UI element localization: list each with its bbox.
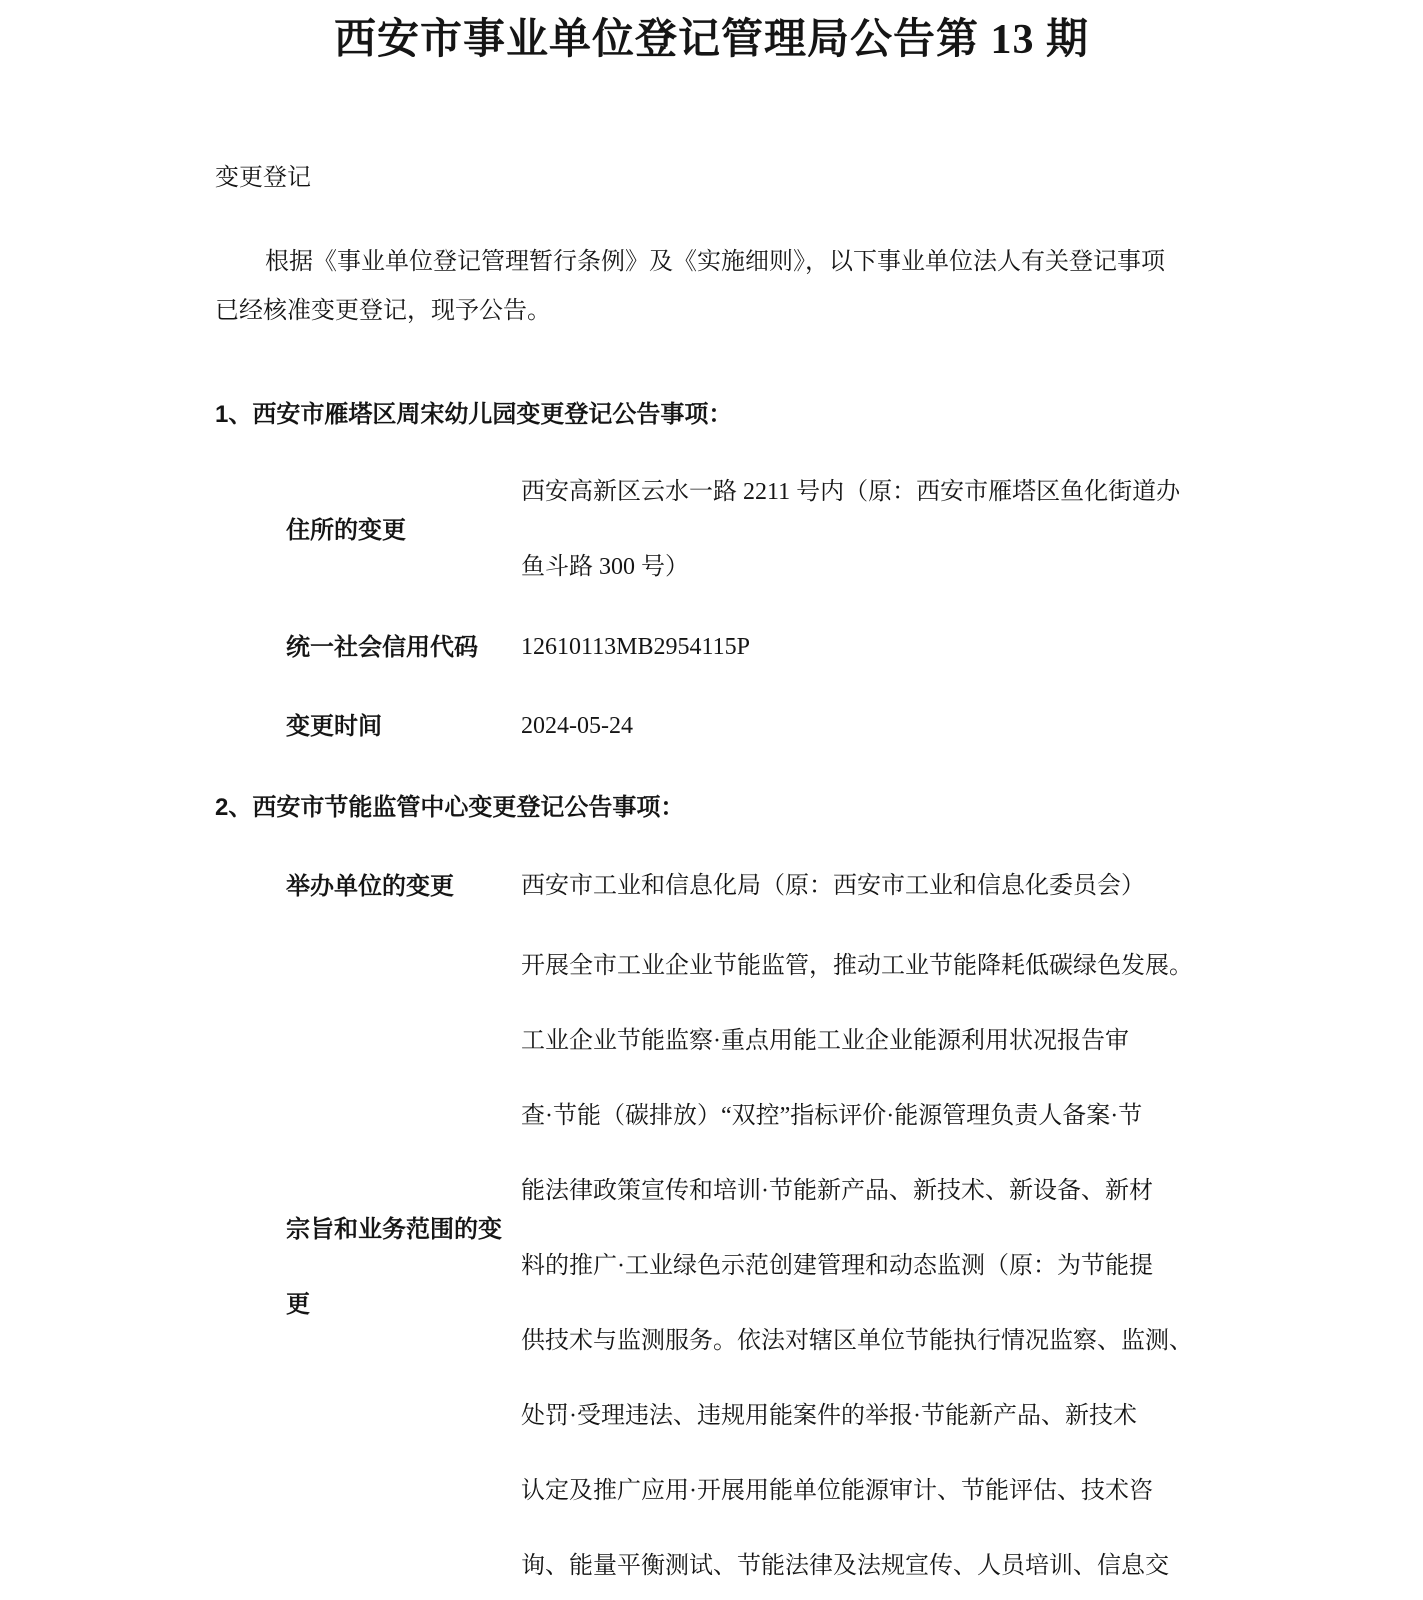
intro-paragraph: 根据《事业单位登记管理暂行条例》及《实施细则》，以下事业单位法人有关登记事项 已… — [215, 238, 1190, 336]
page-title: 西安市事业单位登记管理局公告第 13 期 — [0, 12, 1423, 68]
table-row-sponsor-change: 举办单位的变更 西安市工业和信息化局（原：西安市工业和信息化委员会） — [286, 849, 1186, 924]
row-label: 统一社会信用代码 — [286, 610, 521, 685]
row-value: 开展全市工业企业节能监管，推动工业节能降耗低碳绿色发展。 工业企业节能监察·重点… — [521, 929, 1193, 1600]
value-line: 询、能量平衡测试、节能法律及法规宣传、人员培训、信息交 — [521, 1529, 1193, 1600]
row-label: 宗旨和业务范围的变更 — [286, 1192, 521, 1342]
row-value: 12610113MB2954115P — [521, 610, 1186, 685]
value-line: 12610113MB2954115P — [521, 610, 1186, 685]
value-line: 西安高新区云水一路 2211 号内（原：西安市雁塔区鱼化街道办 — [521, 455, 1186, 530]
row-label: 变更时间 — [286, 689, 521, 764]
section-label: 变更登记 — [215, 163, 311, 193]
row-label: 举办单位的变更 — [286, 849, 521, 924]
intro-line-2: 已经核准变更登记，现予公告。 — [215, 287, 1190, 336]
row-value: 西安市工业和信息化局（原：西安市工业和信息化委员会） — [521, 849, 1186, 924]
value-line: 西安市工业和信息化局（原：西安市工业和信息化委员会） — [521, 849, 1186, 924]
table-row-change-date: 变更时间 2024-05-24 — [286, 689, 1186, 764]
value-line: 能法律政策宣传和培训·节能新产品、新技术、新设备、新材 — [521, 1154, 1193, 1229]
row-value: 2024-05-24 — [521, 689, 1186, 764]
row-value: 西安高新区云水一路 2211 号内（原：西安市雁塔区鱼化街道办 鱼斗路 300 … — [521, 455, 1186, 605]
value-line: 鱼斗路 300 号） — [521, 530, 1186, 605]
row-label: 住所的变更 — [286, 493, 521, 568]
table-row-credit-code: 统一社会信用代码 12610113MB2954115P — [286, 610, 1186, 685]
value-line: 开展全市工业企业节能监管，推动工业节能降耗低碳绿色发展。 — [521, 929, 1193, 1004]
entry-2-heading: 2、西安市节能监管中心变更登记公告事项： — [215, 794, 1215, 822]
value-line: 料的推广·工业绿色示范创建管理和动态监测（原：为节能提 — [521, 1229, 1193, 1304]
table-row-scope-change: 宗旨和业务范围的变更 开展全市工业企业节能监管，推动工业节能降耗低碳绿色发展。 … — [286, 929, 1186, 1600]
entry-1-heading: 1、西安市雁塔区周宋幼儿园变更登记公告事项： — [215, 401, 1215, 429]
document-page: 西安市事业单位登记管理局公告第 13 期 变更登记 根据《事业单位登记管理暂行条… — [0, 0, 1423, 1600]
value-line: 供技术与监测服务。依法对辖区单位节能执行情况监察、监测、 — [521, 1304, 1193, 1379]
value-line: 认定及推广应用·开展用能单位能源审计、节能评估、技术咨 — [521, 1454, 1193, 1529]
table-row-residence-change: 住所的变更 西安高新区云水一路 2211 号内（原：西安市雁塔区鱼化街道办 鱼斗… — [286, 455, 1186, 605]
value-line: 查·节能（碳排放）“双控”指标评价·能源管理负责人备案·节 — [521, 1079, 1193, 1154]
value-line: 2024-05-24 — [521, 689, 1186, 764]
value-line: 工业企业节能监察·重点用能工业企业能源利用状况报告审 — [521, 1004, 1193, 1079]
intro-line-1: 根据《事业单位登记管理暂行条例》及《实施细则》，以下事业单位法人有关登记事项 — [215, 238, 1190, 287]
value-line: 处罚·受理违法、违规用能案件的举报·节能新产品、新技术 — [521, 1379, 1193, 1454]
